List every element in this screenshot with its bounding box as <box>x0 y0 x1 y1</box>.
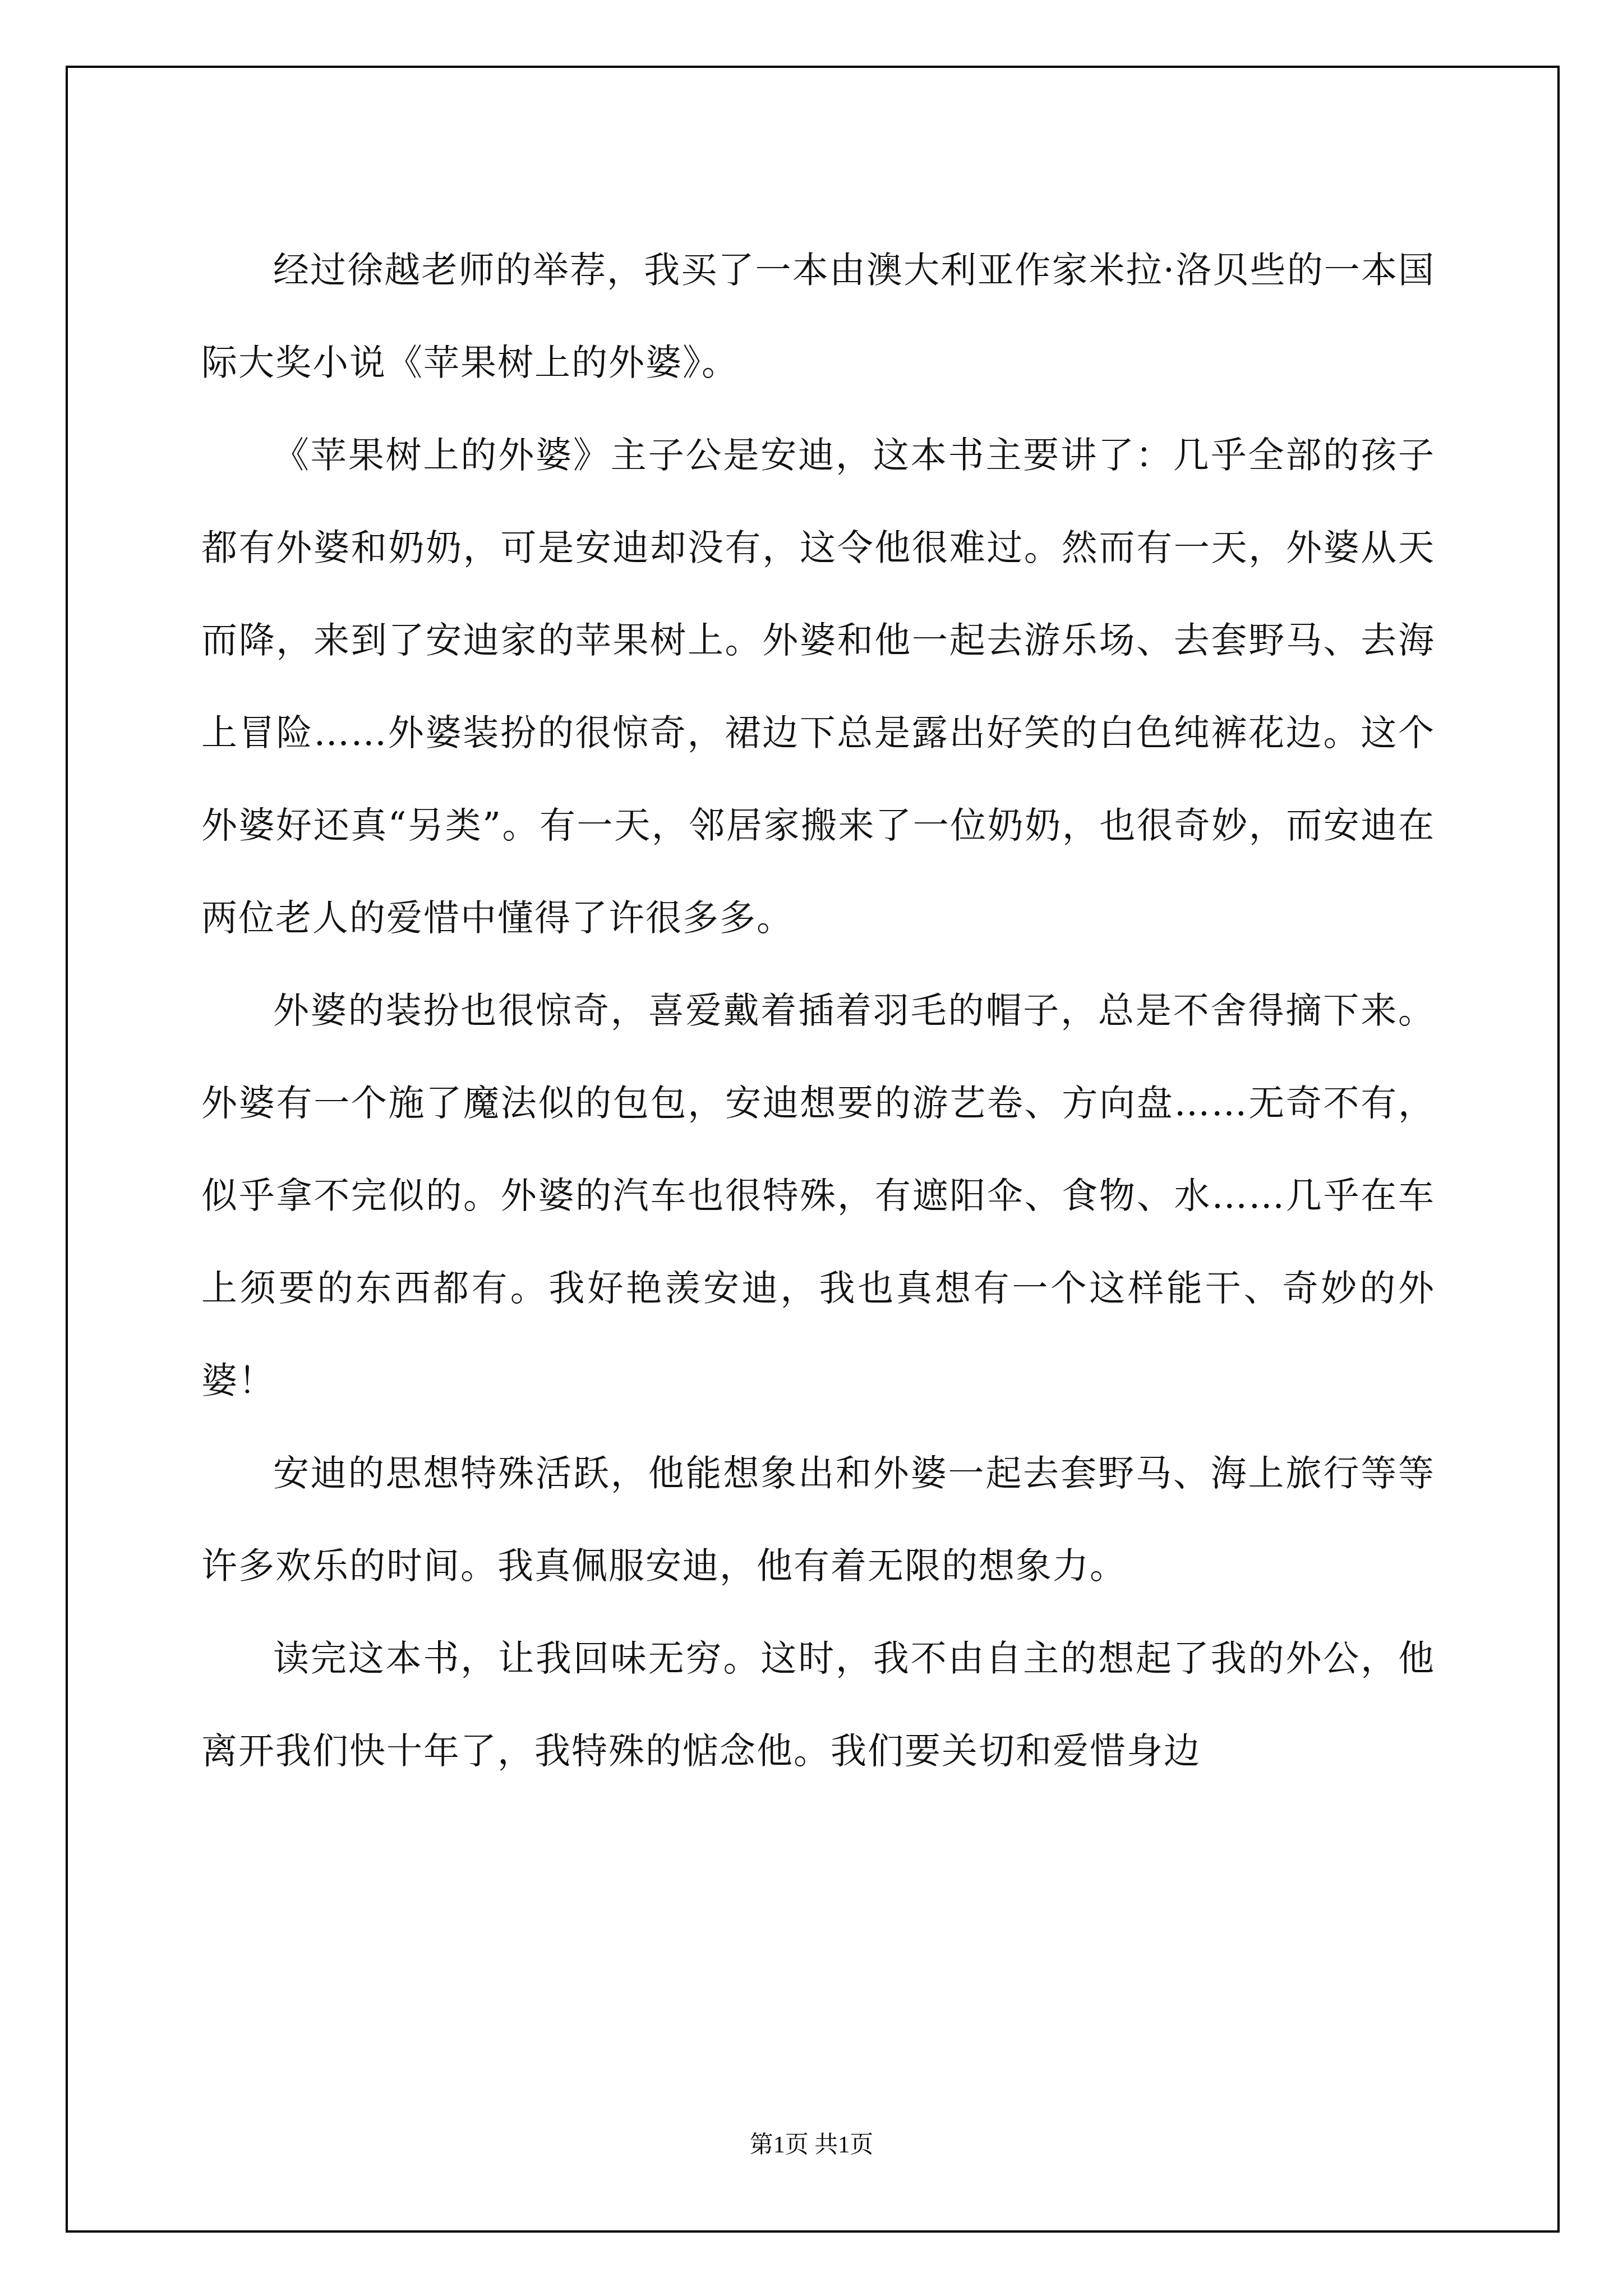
document-body: 经过徐越老师的举荐，我买了一本由澳大利亚作家米拉·洛贝些的一本国际大奖小说《苹果… <box>201 224 1435 1798</box>
page-footer: 第1页 共1页 <box>0 2126 1623 2160</box>
paragraph: 安迪的思想特殊活跃，他能想象出和外婆一起去套野马、海上旅行等等许多欢乐的时间。我… <box>201 1428 1435 1613</box>
paragraph: 《苹果树上的外婆》主子公是安迪，这本书主要讲了：几乎全部的孩子都有外婆和奶奶，可… <box>201 409 1435 965</box>
paragraph: 经过徐越老师的举荐，我买了一本由澳大利亚作家米拉·洛贝些的一本国际大奖小说《苹果… <box>201 224 1435 409</box>
paragraph: 外婆的装扮也很惊奇，喜爱戴着插着羽毛的帽子，总是不舍得摘下来。外婆有一个施了魔法… <box>201 965 1435 1428</box>
paragraph: 读完这本书，让我回味无穷。这时，我不由自主的想起了我的外公，他离开我们快十年了，… <box>201 1613 1435 1798</box>
